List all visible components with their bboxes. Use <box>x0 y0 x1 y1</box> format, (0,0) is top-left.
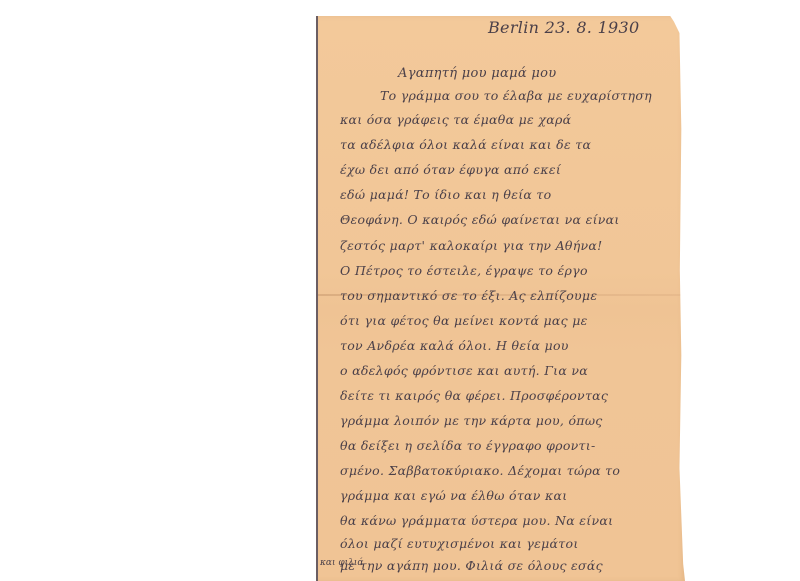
letter-line: θα κάνω γράμματα ύστερα μου. Να είναι <box>340 513 613 528</box>
letter-line: ζεστός μαρτ' καλοκαίρι για την Αθήνα! <box>340 238 603 253</box>
letter-line: σμένο. Σαββατοκύριακο. Δέχομαι τώρα το <box>340 463 620 478</box>
letter-line: Θεοφάνη. Ο καιρός εδώ φαίνεται να είναι <box>340 212 620 227</box>
letter-line: Ο Πέτρος το έστειλε, έγραψε το έργο <box>340 263 588 278</box>
letter-line: γράμμα και εγώ να έλθω όταν και <box>340 488 567 503</box>
letter-line: και όσα γράφεις τα έμαθα με χαρά <box>340 112 571 127</box>
letter-page: Berlin 23. 8. 1930 Αγαπητή μου μαμά μου … <box>316 16 685 581</box>
letter-line: εδώ μαμά! Το ίδιο και η θεία το <box>340 187 551 202</box>
letter-line: θα δείξει η σελίδα το έγγραφο φροντι- <box>340 438 595 453</box>
letter-line: όλοι μαζί ευτυχισμένοι και γεμάτοι <box>340 536 579 551</box>
letter-line: γράμμα λοιπόν με την κάρτα μου, όπως <box>340 413 603 428</box>
letter-line: με την αγάπη μου. Φιλιά σε όλους εσάς <box>340 558 603 573</box>
letter-line: Το γράμμα σου το έλαβα με ευχαρίστηση <box>380 88 652 103</box>
letter-line: δείτε τι καιρός θα φέρει. Προσφέροντας <box>340 388 608 403</box>
letter-line: ότι για φέτος θα μείνει κοντά μας με <box>340 313 588 328</box>
letter-line: τον Ανδρέα καλά όλοι. Η θεία μου <box>340 338 569 353</box>
letter-line: του σημαντικό σε το έξι. Ας ελπίζουμε <box>340 288 597 303</box>
letter-line: ο αδελφός φρόντισε και αυτή. Για να <box>340 363 588 378</box>
letter-date: Berlin 23. 8. 1930 <box>488 18 640 37</box>
letter-line: τα αδέλφια όλοι καλά είναι και δε τα <box>340 137 591 152</box>
letter-line: έχω δει από όταν έφυγα από εκεί <box>340 162 561 177</box>
margin-note: και φιλιά <box>320 558 364 568</box>
letter-greeting: Αγαπητή μου μαμά μου <box>398 66 556 81</box>
